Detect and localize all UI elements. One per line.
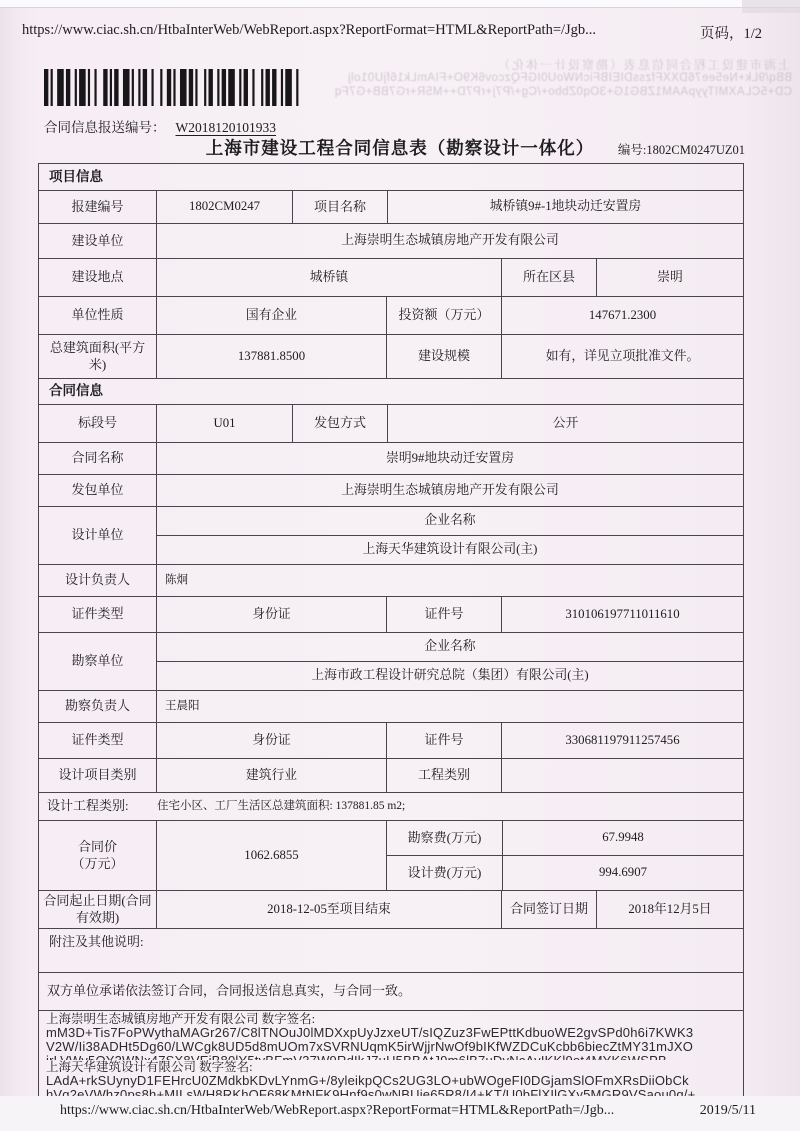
field-label: 单位性质 — [39, 297, 156, 334]
field-value: 994.6907 — [502, 856, 743, 891]
field-value: 城桥镇 — [156, 259, 501, 296]
table-row: 建设地点 城桥镇 所在区县 崇明 — [39, 259, 743, 297]
field-value: 上海市政工程设计研究总院（集团）有限公司(主) — [157, 662, 743, 691]
fee-subrow: 设计费(万元) 994.6907 — [387, 856, 743, 891]
company-name-header: 企业名称 — [157, 507, 743, 536]
field-label: 发包单位 — [39, 475, 156, 506]
field-value: U01 — [156, 405, 292, 442]
footer-date: 2019/5/11 — [700, 1103, 756, 1119]
field-label: 建设规模 — [386, 335, 501, 378]
footer-url: https://www.ciac.sh.cn/HtbaInterWeb/WebR… — [60, 1103, 614, 1119]
field-value: 1062.6855 — [156, 821, 386, 890]
bleed-through-text: 上海市建设工程合同信息表（勘察设计一体化） — [420, 56, 790, 73]
signature-line: V2W/Ii38ADHt5Dg60/LWCgk8UD5d8mUOm7xSVRNU… — [46, 1040, 737, 1054]
field-value: 137881.8500 — [156, 335, 386, 378]
scan-top-edge — [0, 0, 800, 8]
field-value: 上海崇明生态城镇房地产开发有限公司 — [156, 224, 743, 258]
table-row: 证件类型 身份证 证件号 330681197911257456 — [39, 723, 743, 759]
field-label: 设计负责人 — [39, 565, 156, 596]
scan-corner-smudge — [742, 0, 800, 13]
table-row: 合同名称 崇明9#地块动迁安置房 — [39, 443, 743, 475]
field-label: 合同起止日期(合同有效期) — [39, 891, 156, 928]
signature-line: LAdA+rkSUynyD1FEHrcU0ZMdkbKDvLYnmG+/8yle… — [46, 1074, 737, 1088]
table-row: 单位性质 国有企业 投资额（万元） 147671.2300 — [39, 297, 743, 335]
table-row-design-unit: 设计单位 企业名称 上海天华建筑设计有限公司(主) — [39, 507, 743, 565]
field-value: 崇明9#地块动迁安置房 — [156, 443, 743, 474]
table-row-pledge: 双方单位承诺依法签订合同，合同报送信息真实，与合同一致。 — [39, 973, 743, 1011]
submit-number-value: W2018120101933 — [176, 120, 277, 135]
scanned-page: https://www.ciac.sh.cn/HtbaInterWeb/WebR… — [0, 0, 800, 1131]
field-value: 王晨阳 — [156, 691, 743, 722]
field-value: 1802CM0247 — [156, 191, 292, 223]
pledge-text: 双方单位承诺依法签订合同，合同报送信息真实，与合同一致。 — [39, 973, 743, 1010]
field-label: 勘察单位 — [39, 633, 156, 690]
table-row: 发包单位 上海崇明生态城镇房地产开发有限公司 — [39, 475, 743, 507]
field-label: 证件类型 — [39, 723, 156, 758]
print-header: https://www.ciac.sh.cn/HtbaInterWeb/WebR… — [22, 22, 762, 43]
fee-subrow: 勘察费(万元) 67.9948 — [387, 821, 743, 856]
field-value: 330681197911257456 — [501, 723, 743, 758]
field-value: 上海崇明生态城镇房地产开发有限公司 — [156, 475, 743, 506]
contract-info-table: 项目信息 报建编号 1802CM0247 项目名称 城桥镇9#-1地块动迁安置房… — [38, 163, 744, 1102]
field-label: 项目名称 — [292, 191, 387, 223]
header-page-number: 页码，1/2 — [700, 22, 762, 43]
merged-cell: 企业名称 上海市政工程设计研究总院（集团）有限公司(主) — [156, 633, 743, 690]
field-label: 所在区县 — [501, 259, 596, 296]
table-row: 勘察负责人 王晨阳 — [39, 691, 743, 723]
barcode — [44, 69, 305, 106]
field-value: 2018-12-05至项目结束 — [156, 891, 501, 928]
field-label: 建设单位 — [39, 224, 156, 258]
section-title: 合同信息 — [39, 379, 743, 404]
field-value: 公开 — [387, 405, 743, 442]
field-value: 国有企业 — [156, 297, 386, 334]
field-value: 崇明 — [596, 259, 743, 296]
table-row: 报建编号 1802CM0247 项目名称 城桥镇9#-1地块动迁安置房 — [39, 191, 743, 224]
merged-cell: 勘察费(万元) 67.9948 设计费(万元) 994.6907 — [386, 821, 743, 890]
field-label: 设计项目类别 — [39, 759, 156, 792]
field-value: 如有，详见立项批准文件。 — [501, 335, 743, 378]
field-label: 勘察负责人 — [39, 691, 156, 722]
submit-number-line: 合同信息报送编号：W2018120101933 — [44, 116, 276, 136]
field-label: 设计单位 — [39, 507, 156, 564]
field-value: 身份证 — [156, 723, 386, 758]
table-row-notes: 附注及其他说明: — [39, 929, 743, 973]
field-label: 建设地点 — [39, 259, 156, 296]
field-value: 147671.2300 — [501, 297, 743, 334]
field-inline: 设计工程类别: 住宅小区、工厂生活区总建筑面积: 137881.85 m2; — [39, 793, 743, 820]
signature-block: 上海崇明生态城镇房地产开发有限公司 数字签名: mM3D+Tis7FoPWyth… — [46, 1012, 737, 1060]
document-number: 编号:1802CM0247UZ01 — [618, 140, 745, 158]
section-contract-info: 合同信息 — [39, 379, 743, 405]
field-value: 身份证 — [156, 597, 386, 632]
field-value: 住宅小区、工厂生活区总建筑面积: 137881.85 m2; — [157, 799, 405, 813]
section-project-info: 项目信息 — [39, 164, 743, 191]
field-label: 设计工程类别: — [47, 798, 157, 814]
bleed-through-text: BBq/9Lk+Ne5ee76DXXFfzssDIEIBFicNWoU0IGFQ… — [330, 72, 792, 84]
field-value: 城桥镇9#-1地块动迁安置房 — [387, 191, 743, 223]
field-label: 合同价 （万元） — [39, 821, 156, 890]
company-name-header: 企业名称 — [157, 633, 743, 662]
table-row: 合同起止日期(合同有效期) 2018-12-05至项目结束 合同签订日期 201… — [39, 891, 743, 929]
field-label: 报建编号 — [39, 191, 156, 223]
table-row-survey-unit: 勘察单位 企业名称 上海市政工程设计研究总院（集团）有限公司(主) — [39, 633, 743, 691]
field-label: 设计费(万元) — [387, 856, 502, 891]
field-value — [501, 759, 743, 792]
signature-line: mM3D+Tis7FoPWythaMAGr267/C8lTNOuJ0lMDXxp… — [46, 1026, 737, 1040]
field-value: 67.9948 — [502, 821, 743, 855]
field-label: 发包方式 — [292, 405, 387, 442]
header-url: https://www.ciac.sh.cn/HtbaInterWeb/WebR… — [22, 22, 596, 43]
table-row-contract-price: 合同价 （万元） 1062.6855 勘察费(万元) 67.9948 设计费(万… — [39, 821, 743, 891]
table-row: 证件类型 身份证 证件号 310106197711011610 — [39, 597, 743, 633]
signature-company: 上海天华建筑设计有限公司 数字签名: — [46, 1060, 737, 1074]
field-label: 总建筑面积(平方米) — [39, 335, 156, 378]
table-row: 设计负责人 陈炯 — [39, 565, 743, 597]
field-value: 陈炯 — [156, 565, 743, 596]
table-row-signatures: 上海崇明生态城镇房地产开发有限公司 数字签名: mM3D+Tis7FoPWyth… — [39, 1011, 743, 1102]
field-label: 工程类别 — [386, 759, 501, 792]
bleed-through-text: CD+5CLAXMITyypAAM1ZBG1G+3Oq0Zbbo+/Cg+/P7… — [330, 86, 792, 98]
submit-number-label: 合同信息报送编号： — [44, 120, 166, 135]
signature-company: 上海崇明生态城镇房地产开发有限公司 数字签名: — [46, 1012, 737, 1026]
print-footer: https://www.ciac.sh.cn/HtbaInterWeb/WebR… — [60, 1103, 756, 1119]
table-row: 总建筑面积(平方米) 137881.8500 建设规模 如有，详见立项批准文件。 — [39, 335, 743, 379]
merged-cell: 企业名称 上海天华建筑设计有限公司(主) — [156, 507, 743, 564]
field-label: 证件类型 — [39, 597, 156, 632]
field-value: 建筑行业 — [156, 759, 386, 792]
digital-signatures: 上海崇明生态城镇房地产开发有限公司 数字签名: mM3D+Tis7FoPWyth… — [39, 1011, 743, 1102]
field-label: 合同签订日期 — [501, 891, 596, 928]
field-value: 上海天华建筑设计有限公司(主) — [157, 536, 743, 565]
table-row-design-class: 设计工程类别: 住宅小区、工厂生活区总建筑面积: 137881.85 m2; — [39, 793, 743, 821]
section-title: 项目信息 — [39, 164, 743, 190]
field-value: 310106197711011610 — [501, 597, 743, 632]
field-label: 投资额（万元） — [386, 297, 501, 334]
field-value: 2018年12月5日 — [596, 891, 743, 928]
table-row: 设计项目类别 建筑行业 工程类别 — [39, 759, 743, 793]
field-label: 合同名称 — [39, 443, 156, 474]
field-label: 勘察费(万元) — [387, 821, 502, 855]
field-label: 证件号 — [386, 723, 501, 758]
table-row: 标段号 U01 发包方式 公开 — [39, 405, 743, 443]
table-row: 建设单位 上海崇明生态城镇房地产开发有限公司 — [39, 224, 743, 259]
field-label: 标段号 — [39, 405, 156, 442]
field-label: 附注及其他说明: — [39, 929, 743, 972]
field-label: 证件号 — [386, 597, 501, 632]
